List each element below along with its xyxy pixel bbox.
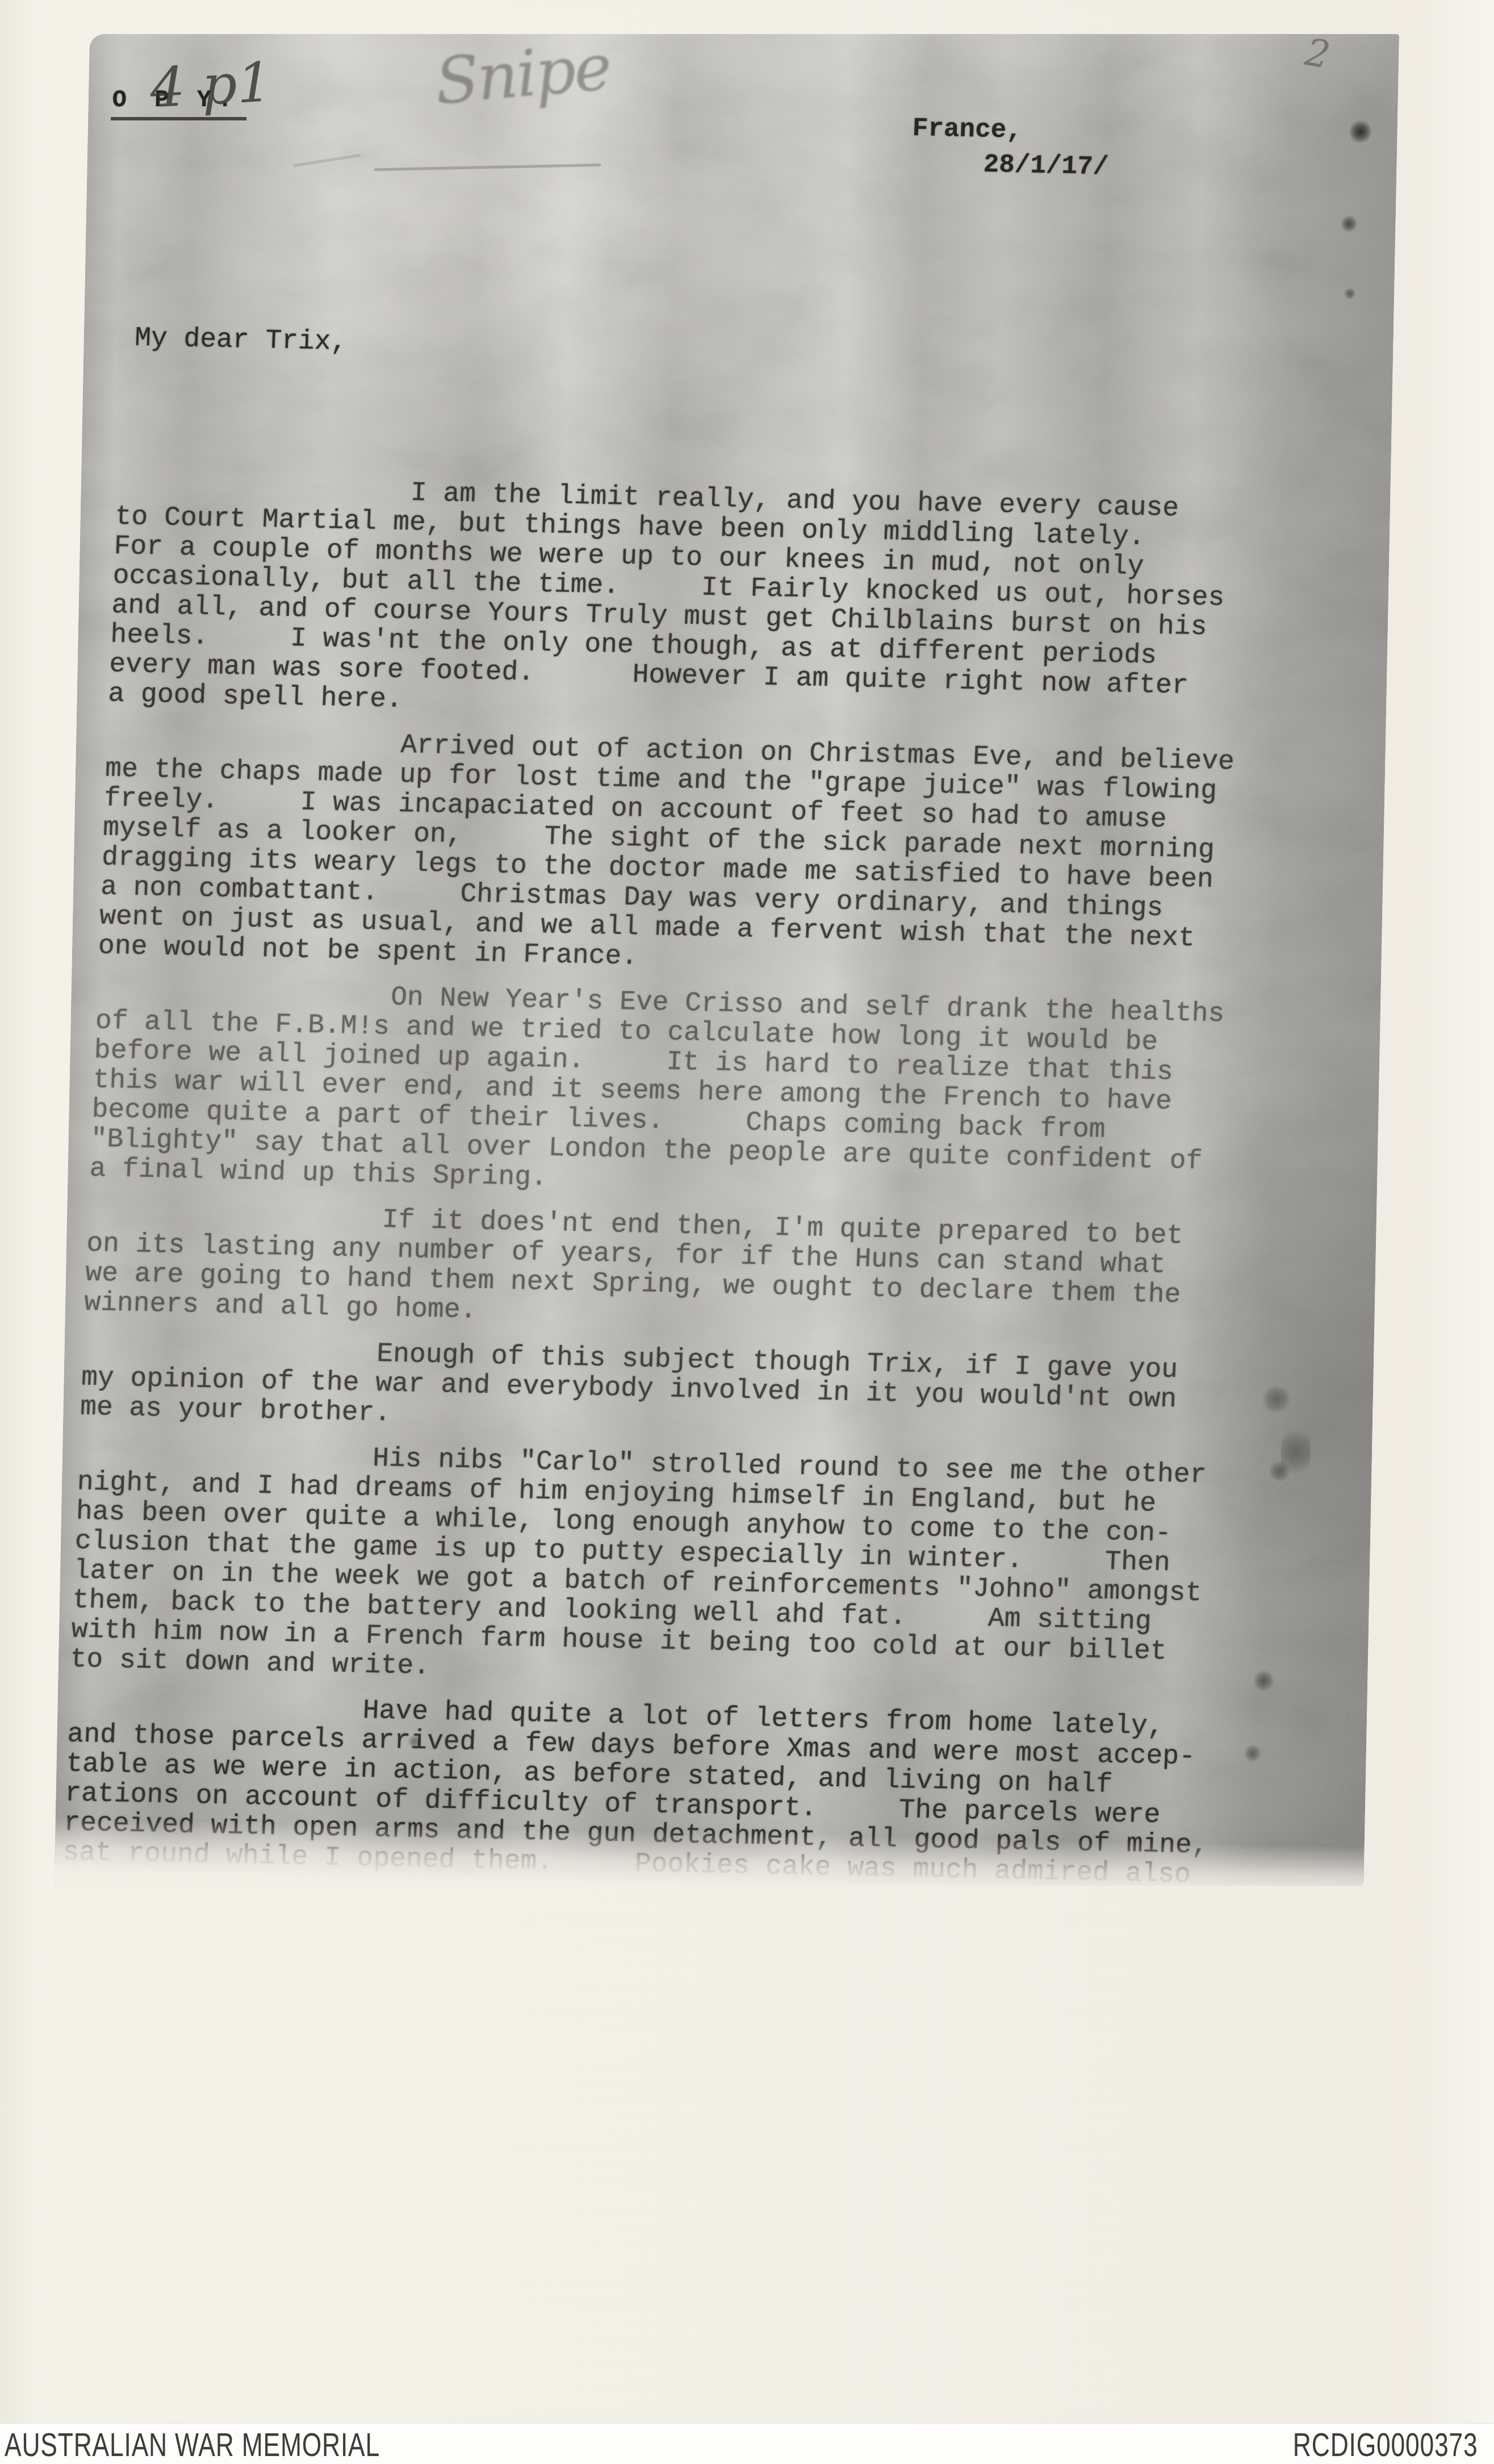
letter-paragraphs: I am the limit really, and you have ever… [56, 414, 1357, 1886]
letter-paragraph: Arrived out of action on Christmas Eve, … [98, 725, 1345, 986]
archive-footer: AUSTRALIAN WAR MEMORIAL RCDIG0000373 [0, 2423, 1494, 2464]
letter-scan: O P Y. 4 p1 Snipe 2 France, 28/1/17/ My … [54, 34, 1399, 1886]
ink-blotch [1349, 119, 1371, 144]
letter-salutation: My dear Trix, [134, 323, 1361, 377]
letter-paragraph: His nibs "Carlo" strolled round to see m… [70, 1438, 1317, 1699]
reference-id-label: RCDIG0000373 [1293, 2424, 1478, 2464]
letter-paragraph: I am the limit really, and you have ever… [107, 473, 1354, 734]
handwritten-scrawl: Snipe [433, 34, 613, 119]
letter-paragraph: Enough of this subject though Trix, if I… [79, 1334, 1321, 1447]
pencil-stroke [374, 164, 601, 171]
letter-body: My dear Trix, I am the limit really, and… [54, 264, 1363, 1886]
pencil-stroke [293, 154, 361, 168]
archive-name-label: AUSTRALIAN WAR MEMORIAL [5, 2424, 380, 2464]
handwritten-page-number: 2 [1302, 34, 1333, 77]
letter-paragraph: If it does'nt end then, I'm quite prepar… [83, 1200, 1326, 1343]
dateline-place: France, [912, 114, 1023, 145]
letter-paragraph: Have had quite a lot of letters from hom… [58, 1690, 1307, 1886]
ink-blotch [1341, 215, 1357, 233]
letter-paragraph: On New Year's Eve Crisso and self drank … [89, 977, 1335, 1209]
dateline-date: 28/1/17/ [983, 150, 1110, 182]
archive-page: O P Y. 4 p1 Snipe 2 France, 28/1/17/ My … [0, 0, 1494, 2464]
handwritten-page-note: 4 p1 [149, 50, 273, 120]
